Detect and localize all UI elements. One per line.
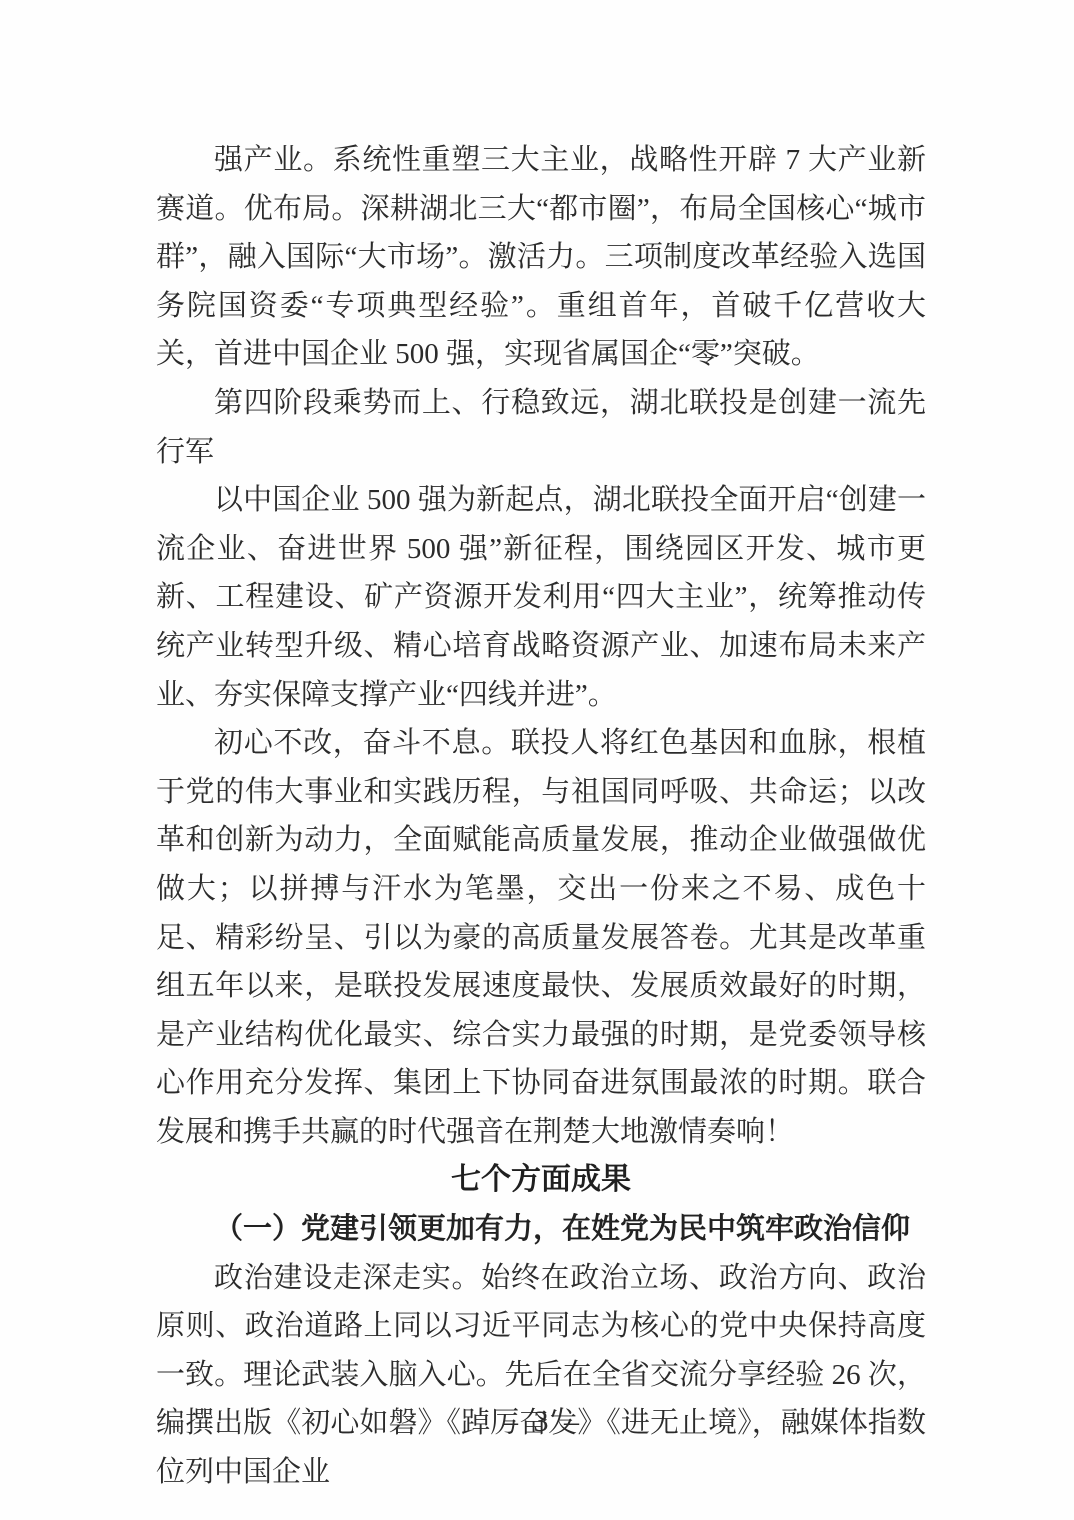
body-paragraph-new-journey: 以中国企业 500 强为新起点，湖北联投全面开启“创建一流企业、奋进世界 500… xyxy=(156,476,926,719)
section-heading-seven-achievements: 七个方面成果 xyxy=(156,1156,926,1205)
page-content: 强产业。系统性重塑三大主业，战略性开辟 7 大产业新赛道。优布局。深耕湖北三大“… xyxy=(156,136,926,1497)
body-paragraph-political-construction: 政治建设走深走实。始终在政治立场、政治方向、政治原则、政治道路上同以习近平同志为… xyxy=(156,1254,926,1497)
page-number: – 3 – xyxy=(156,1398,926,1446)
body-paragraph-original-aspiration: 初心不改，奋斗不息。联投人将红色基因和血脉，根植于党的伟大事业和实践历程，与祖国… xyxy=(156,719,926,1156)
subsection-heading-party-building: （一）党建引领更加有力，在姓党为民中筑牢政治信仰 xyxy=(156,1205,926,1254)
document-page: 强产业。系统性重塑三大主业，战略性开辟 7 大产业新赛道。优布局。深耕湖北三大“… xyxy=(0,0,1074,1520)
body-paragraph-industry-results: 强产业。系统性重塑三大主业，战略性开辟 7 大产业新赛道。优布局。深耕湖北三大“… xyxy=(156,136,926,379)
subheading-stage-four: 第四阶段乘势而上、行稳致远，湖北联投是创建一流先行军 xyxy=(156,379,926,476)
